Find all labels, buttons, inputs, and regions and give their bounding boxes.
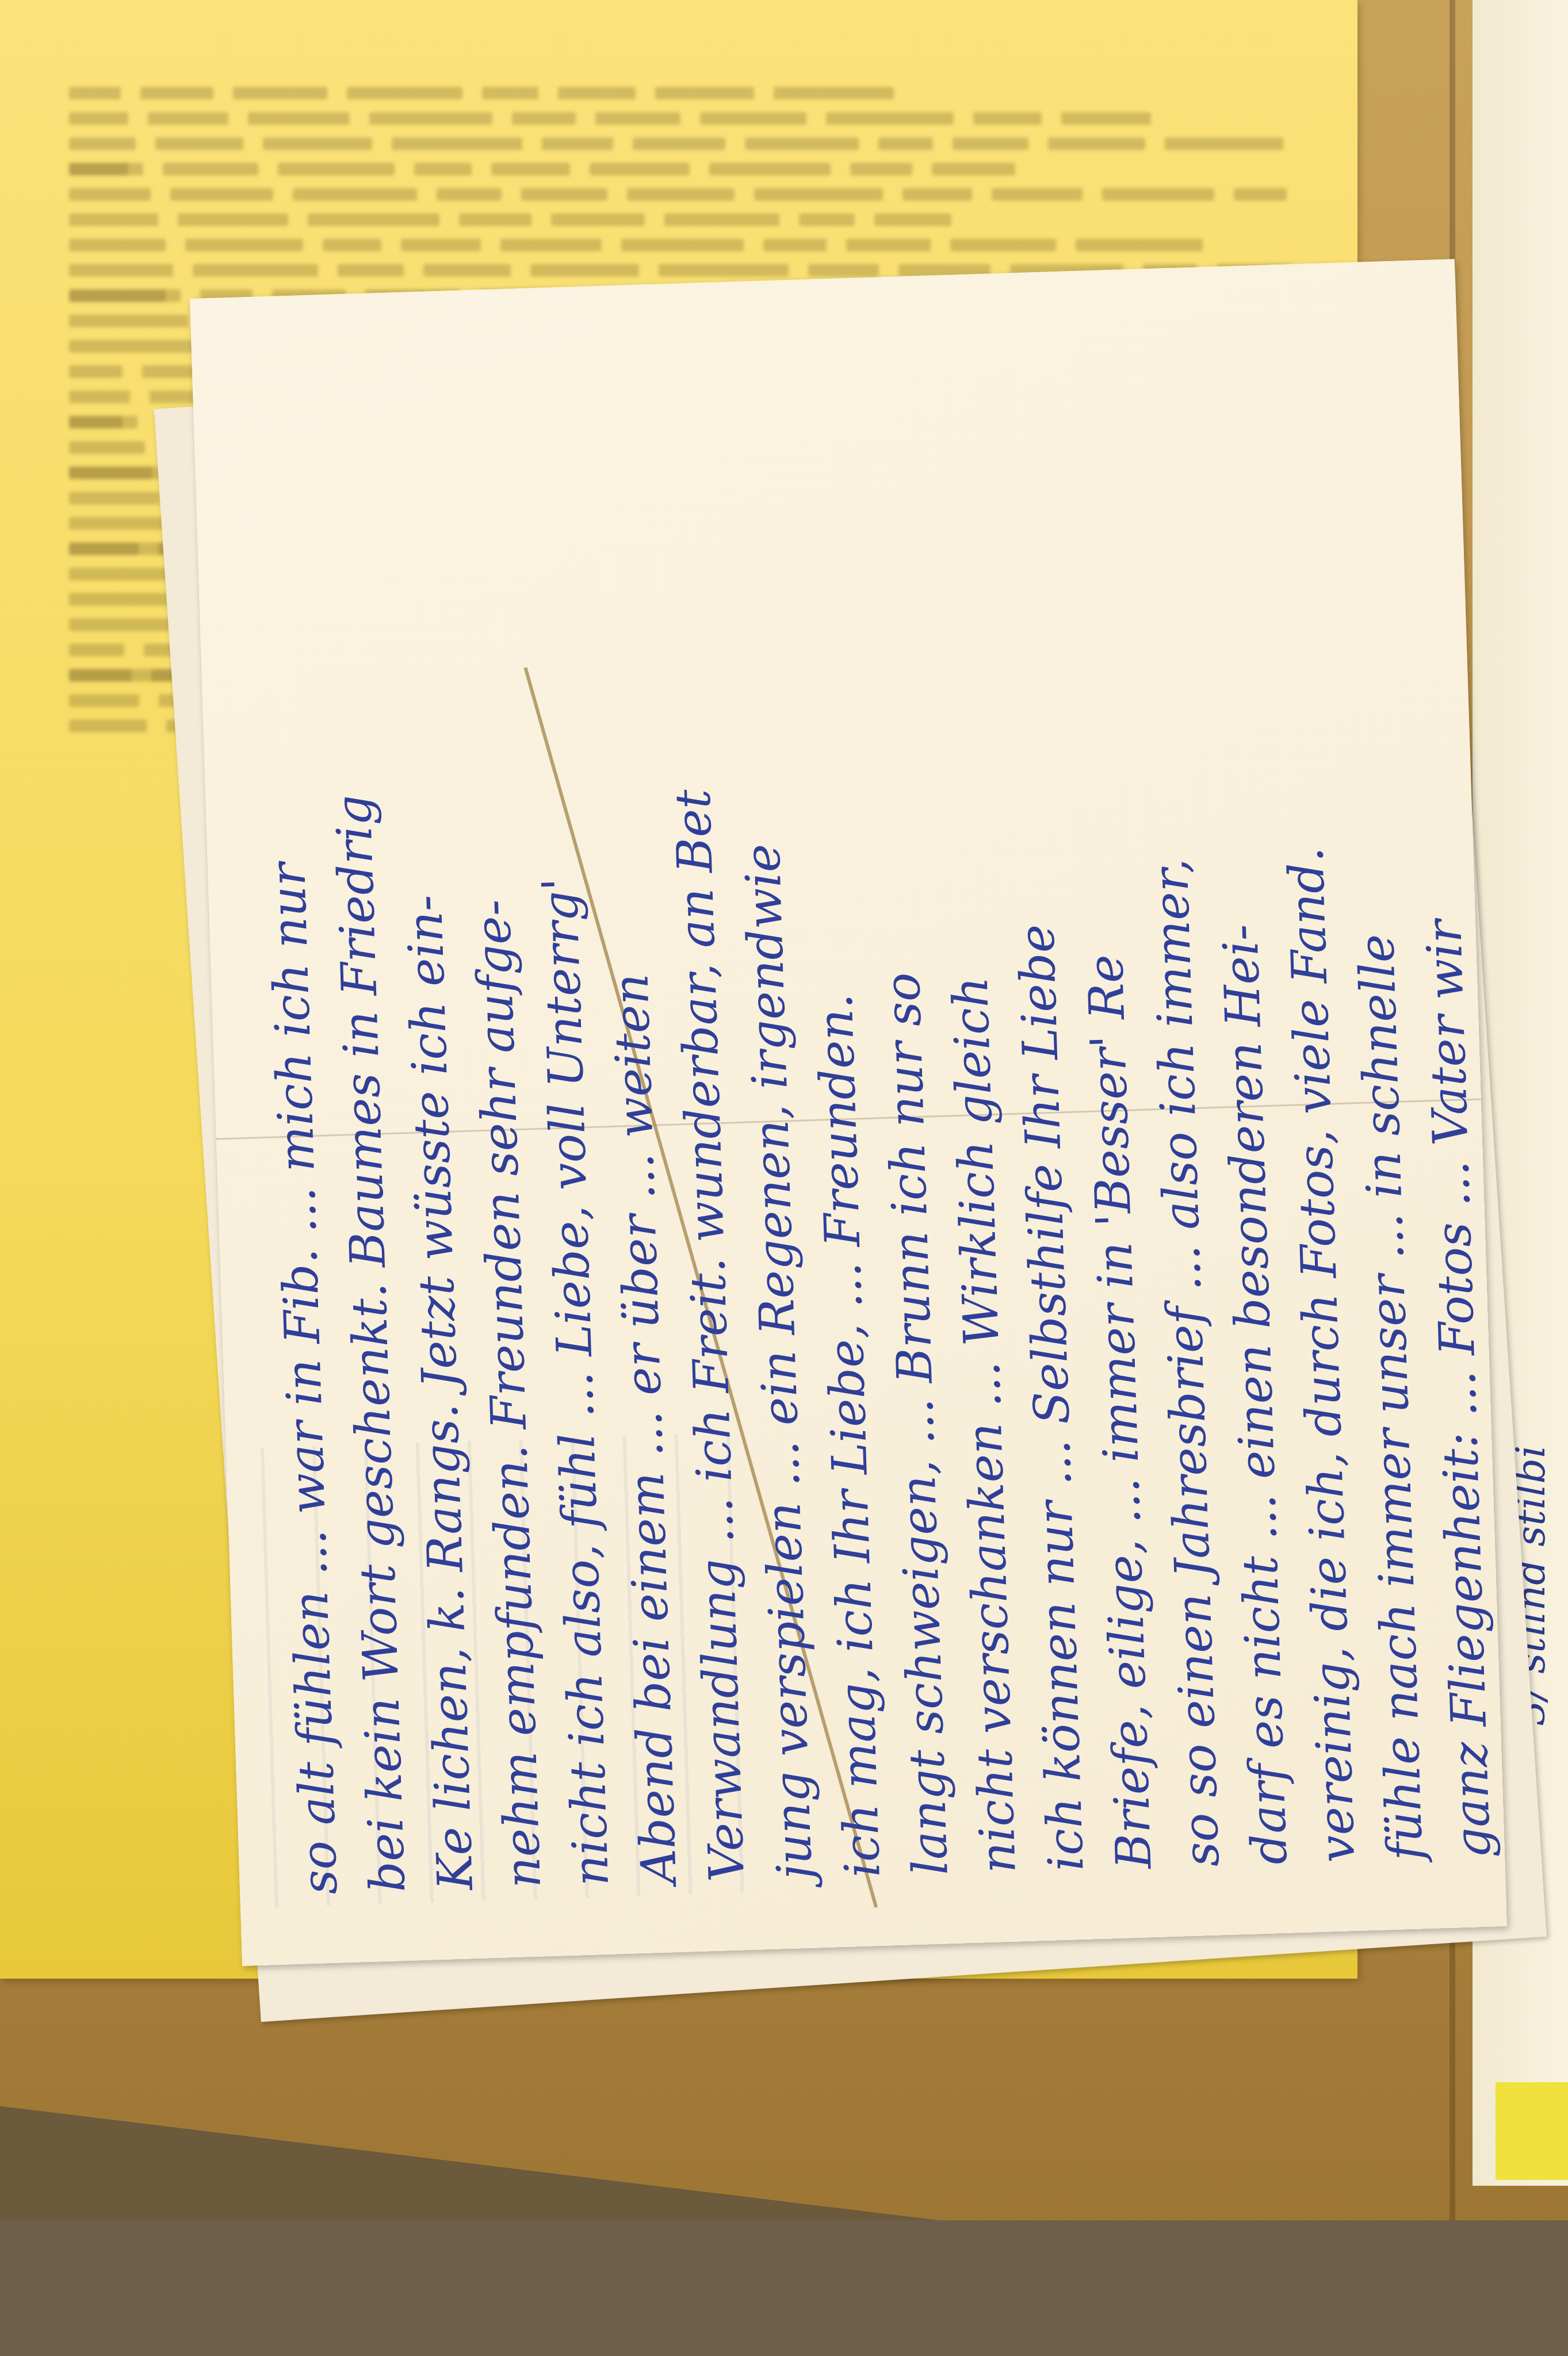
typed-line: [69, 207, 1323, 232]
typed-line: [69, 131, 1323, 156]
table-surface: [0, 2220, 1568, 2356]
handwritten-letter-page: so alt fühlen ... war in Fib. ... mich i…: [190, 259, 1507, 1966]
typed-line: [69, 156, 1323, 182]
right-stack-yellow-tab: [1496, 2082, 1568, 2180]
typed-line: [69, 81, 1323, 106]
handwritten-letter-stack: so alt fühlen ... war in Fib. ... mich i…: [178, 259, 1520, 2001]
handwritten-text: so alt fühlen ... war in Fib. ... mich i…: [237, 303, 1507, 1895]
typed-line: [69, 182, 1323, 207]
typed-line: [69, 106, 1323, 131]
typed-line: [69, 232, 1323, 258]
